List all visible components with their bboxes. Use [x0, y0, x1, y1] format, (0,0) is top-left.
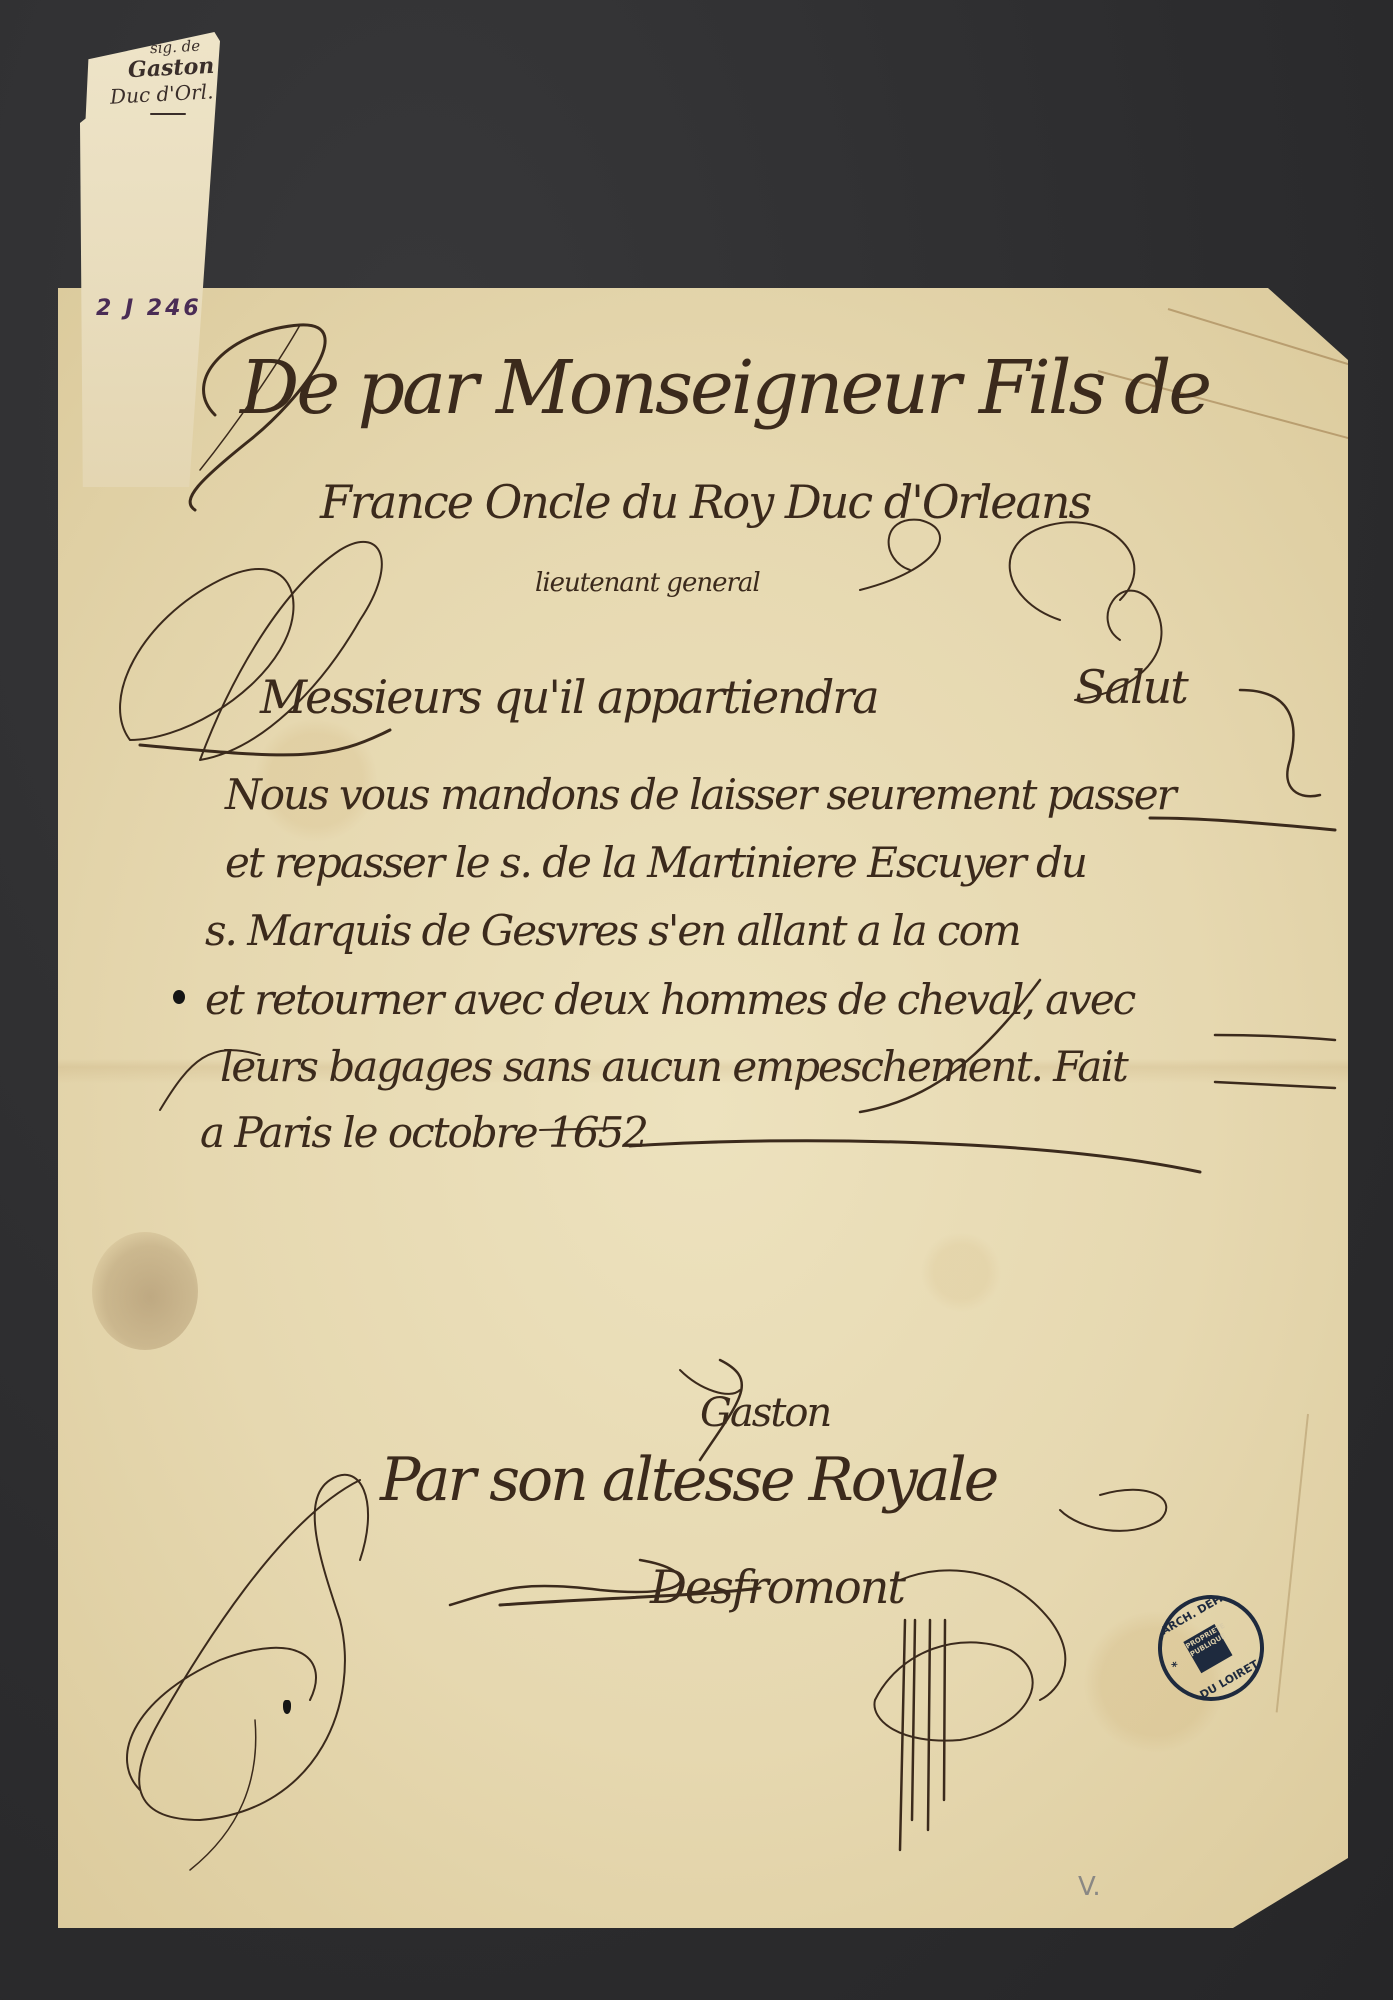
right-edge-fold	[1276, 1414, 1309, 1713]
body-line-1: Nous vous mandons de laisser seurement p…	[225, 770, 1175, 819]
body-line-2: et repasser le s. de la Martiniere Escuy…	[225, 838, 1086, 887]
body-line-6-date: a Paris le octobre 1652	[200, 1108, 647, 1157]
heading-line-2: France Oncle du Roy Duc d'Orleans	[320, 475, 1090, 529]
slip-underline	[150, 113, 186, 115]
pencil-mark: V.	[1078, 1872, 1101, 1902]
countersign-line: Par son altesse Royale	[380, 1445, 996, 1515]
worm-hole	[173, 990, 185, 1004]
secretary-signature: Desfromont	[650, 1560, 904, 1614]
countersign-word: Gaston	[700, 1390, 830, 1436]
seal-stain	[92, 1232, 198, 1350]
slip-line-2: Gaston	[127, 53, 215, 83]
body-line-3: s. Marquis de Gesvres s'en allant a la c…	[205, 906, 1020, 955]
shelfmark: 2 J 246	[96, 296, 202, 321]
interlinear-note: lieutenant general	[535, 568, 760, 598]
body-line-4: et retourner avec deux hommes de cheval,…	[205, 975, 1134, 1024]
heading-line-1: De par Monseigneur Fils de	[240, 345, 1209, 431]
body-line-5: leurs bagages sans aucun empeschement. F…	[220, 1042, 1127, 1091]
salut-word: Salut	[1075, 660, 1187, 714]
star-icon: *	[1169, 1659, 1181, 1674]
stamp-center-text: PROPRIETE PUBLIQUE	[1183, 1624, 1232, 1673]
worm-hole	[283, 1700, 291, 1714]
salutation: Messieurs qu'il appartiendra	[260, 670, 878, 724]
